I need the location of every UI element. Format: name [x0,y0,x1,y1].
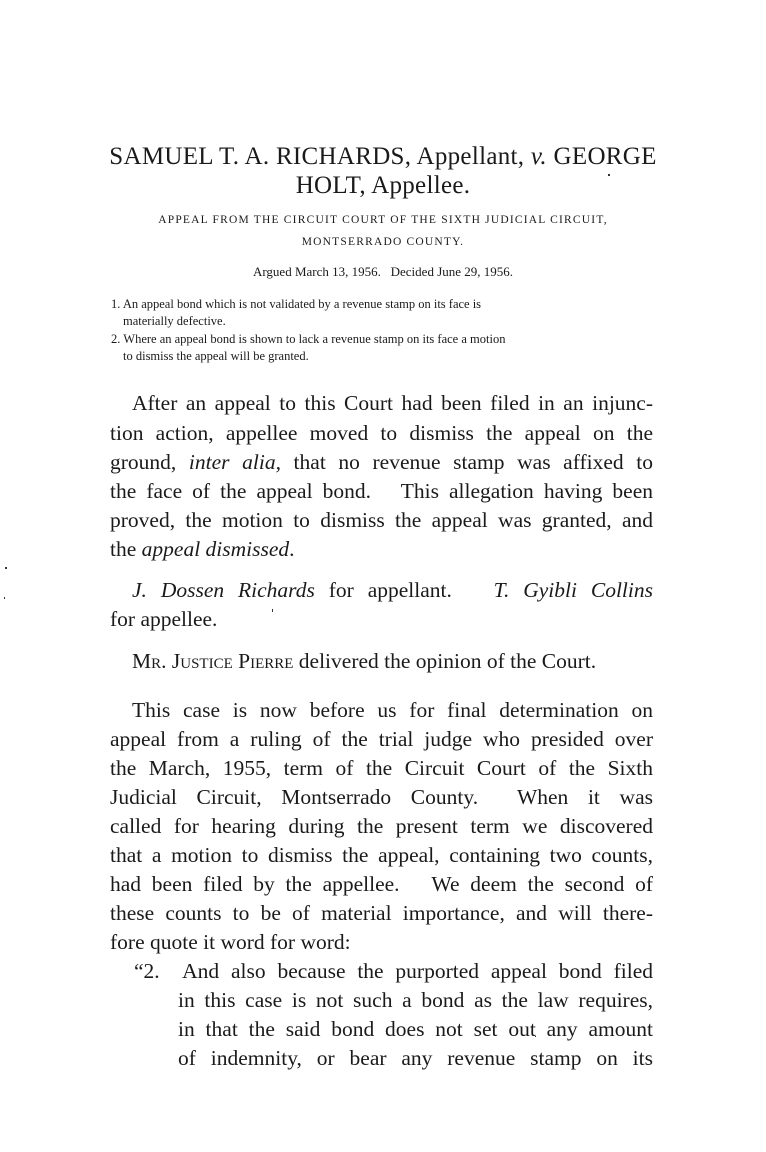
syllabus-line-3: ground, inter alia, that no revenue stam… [110,450,653,475]
case-title-parties: SAMUEL T. A. RICHARDS, Appellant, [109,143,531,170]
opinion-line-2: appeal from a ruling of the trial judge … [110,727,653,752]
document-page: SAMUEL T. A. RICHARDS, Appellant, v. GEO… [0,0,766,1152]
quote-line-2: in this case is not such a bond as the l… [178,988,653,1013]
headnote-1: 1. An appeal bond which is not validated… [111,297,656,312]
opinion-line-7: had been filed by the appellee. We deem … [110,872,653,897]
appellee-counsel: T. Gyibli Collins [494,578,653,602]
disposition: appeal dismissed [142,537,290,561]
counsel-line-2: for appellee. [110,607,217,632]
quote-line-3: in that the said bond does not set out a… [178,1017,653,1042]
syllabus-line-2: tion action, appellee moved to dismiss t… [110,421,653,446]
syllabus-text: the [110,537,142,561]
opinion-author-line: Mr. Justice Pierre delivered the opinion… [132,649,653,674]
syllabus-line-6: the appeal dismissed. [110,537,653,562]
scan-speck [5,567,7,569]
quote-line-1: “2. And also because the purported appea… [134,959,653,984]
justice-name: Mr. Justice Pierre [132,649,293,673]
headnote-2: 2. Where an appeal bond is shown to lack… [111,332,656,347]
headnote-text: An appeal bond which is not validated by… [123,297,481,311]
latin-phrase: inter alia, [189,450,281,474]
headnote-number: 1. [111,297,120,311]
argued-decided-dates: Argued March 13, 1956. Decided June 29, … [0,264,766,280]
opinion-line-9: fore quote it word for word: [110,930,653,955]
opinion-line-1: This case is now before us for final det… [132,698,653,723]
syllabus-line-1: After an appeal to this Court had been f… [132,391,653,416]
opinion-line-8: these counts to be of material importanc… [110,901,653,926]
versus-abbrev: v. [531,143,547,170]
scan-speck [608,174,610,176]
appellant-label: for appellant. [315,578,494,602]
syllabus-text: that no revenue stamp was affixed to [281,450,653,474]
opinion-line-6: that a motion to dismiss the appeal, con… [110,843,653,868]
headnote-1-continued: materially defective. [123,314,668,329]
scan-speck [272,609,273,612]
counsel-line-1: J. Dossen Richards for appellant. T. Gyi… [132,578,653,603]
syllabus-line-4: the face of the appeal bond. This allega… [110,479,653,504]
appellant-counsel: J. Dossen Richards [132,578,315,602]
scan-speck [4,597,5,599]
quote-line-4: of indemnity, or bear any revenue stamp … [178,1046,653,1071]
opinion-delivered-text: delivered the opinion of the Court. [293,649,596,673]
court-heading-line-1: APPEAL FROM THE CIRCUIT COURT OF THE SIX… [0,214,766,226]
case-title-line-2: HOLT, Appellee. [0,172,766,200]
court-heading-line-2: MONTSERRADO COUNTY. [0,236,766,248]
case-title-appellee-first: GEORGE [547,143,657,170]
opinion-line-5: called for hearing during the present te… [110,814,653,839]
headnote-number: 2. [111,332,120,346]
opinion-line-3: the March, 1955, term of the Circuit Cou… [110,756,653,781]
syllabus-text: ground, [110,450,189,474]
opinion-line-4: Judicial Circuit, Montserrado County. Wh… [110,785,653,810]
syllabus-text: . [289,537,294,561]
headnote-text: Where an appeal bond is shown to lack a … [123,332,505,346]
scan-speck [535,1036,536,1037]
syllabus-line-5: proved, the motion to dismiss the appeal… [110,508,653,533]
case-title-line-1: SAMUEL T. A. RICHARDS, Appellant, v. GEO… [0,143,766,171]
headnote-2-continued: to dismiss the appeal will be granted. [123,349,668,364]
